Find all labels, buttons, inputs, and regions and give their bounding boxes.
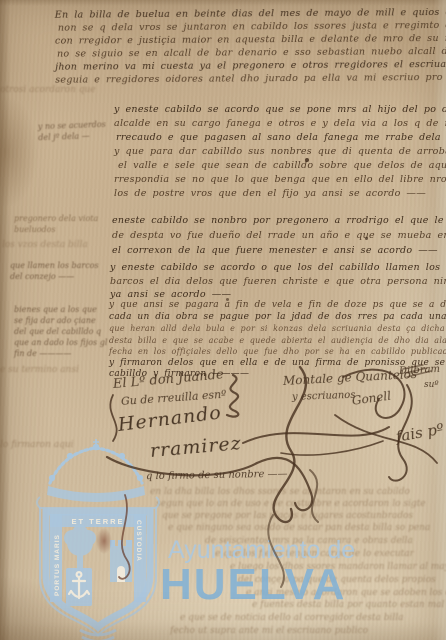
margin-note-line: que llamen los barcos bbox=[10, 260, 99, 271]
margin-note-4: bienes que a los que se fija dar ado çia… bbox=[14, 304, 107, 359]
manuscript-line: seguia e rregidores oidores antel dho ju… bbox=[55, 70, 446, 86]
manuscript-line: eneste cabildo se nonbro por pregonero a… bbox=[112, 213, 446, 228]
margin-note-line: del conzejo —— bbox=[10, 271, 99, 282]
margin-note-3: que llamen los barcos del conzejo —— bbox=[10, 260, 99, 282]
ghost-line: otrosi acordaron que bbox=[0, 85, 96, 95]
ink-blot bbox=[305, 158, 309, 162]
ghost-line: fecho ut supra ante mi el escriuano publ… bbox=[170, 626, 368, 636]
manuscript-line: desta billa e que se acabe e quede abier… bbox=[109, 335, 446, 347]
margin-note-line: se fija dar ado çiane bbox=[14, 315, 107, 326]
manuscript-line: rrecaudo e que pagasen al sano dela fane… bbox=[116, 131, 446, 145]
ghost-line: e su termino ansi bbox=[0, 365, 79, 375]
manuscript-line: y eneste cabildo se acordo o que los del… bbox=[110, 261, 446, 275]
ink-blot bbox=[96, 528, 112, 554]
margin-note-line: del jº dela — bbox=[38, 130, 106, 143]
manuscript-page: en la dha billa los dhos ssores se aiunt… bbox=[0, 0, 446, 640]
ghost-line: los vzos desta billa bbox=[2, 240, 88, 250]
manuscript-line: barcos el dia delos que fueren christe e… bbox=[110, 275, 446, 289]
shield-motto-left: PORTUS MARIS bbox=[54, 534, 61, 596]
paragraph-1: En la billa de buelua en beinte dias del… bbox=[55, 5, 446, 86]
signature-flourishes bbox=[85, 355, 446, 600]
manuscript-line: y eneste cabildo se acordo que se pone m… bbox=[114, 103, 446, 117]
ink-blot bbox=[226, 298, 229, 301]
manuscript-line: alcalde en su cargo fanega e otros e y d… bbox=[114, 117, 446, 131]
ghost-line: e que se de noticia dello al corregidor … bbox=[180, 613, 403, 623]
margin-note-line: bueluodos bbox=[14, 224, 98, 235]
margin-note-line: del que del cabilldo q bbox=[14, 326, 107, 337]
manuscript-line: y que ansi se pagara a fin de vela e fin… bbox=[109, 300, 446, 312]
paragraph-3: eneste cabildo se nonbro por pregonero a… bbox=[112, 213, 446, 258]
ghost-line: e fuentes desta billa por quanto estan m… bbox=[252, 600, 444, 610]
manuscript-line: rrespondia se no que lo que benga que en… bbox=[114, 173, 446, 187]
manuscript-line: y que para dar cabilldo sus nonbres que … bbox=[114, 145, 446, 159]
paragraph-4: y eneste cabildo se acordo o que los del… bbox=[110, 261, 446, 302]
manuscript-line: de despta vo fue dueño del rrade un año … bbox=[112, 228, 446, 243]
margin-note-line: que an dado los fijos gl bbox=[14, 337, 107, 348]
manuscript-line: el valle e sele que sean de cabilldo sob… bbox=[118, 159, 446, 173]
manuscript-line: cada un dia obra se pague por la jdad de… bbox=[109, 312, 446, 324]
ghost-line: lo firmaron aqui bbox=[0, 440, 74, 450]
margin-note-2: pregonero dela viota bueluodos bbox=[14, 213, 98, 235]
paragraph-2: y eneste cabildo se acordo que se pone m… bbox=[114, 103, 446, 201]
ink-blot bbox=[365, 237, 368, 240]
margin-note-line: bienes que a los que bbox=[14, 304, 107, 315]
shield-scroll bbox=[80, 630, 116, 640]
manuscript-line: el correxon de la que fuere menester e a… bbox=[112, 243, 446, 258]
margin-note-line: pregonero dela viota bbox=[14, 213, 98, 224]
margin-note-1: y no se acuerdos del jº dela — bbox=[38, 119, 107, 143]
manuscript-line: que heran alld dela bula e por si konzas… bbox=[109, 323, 446, 335]
manuscript-line: los de postre vros que den el fijo ya an… bbox=[114, 187, 446, 201]
